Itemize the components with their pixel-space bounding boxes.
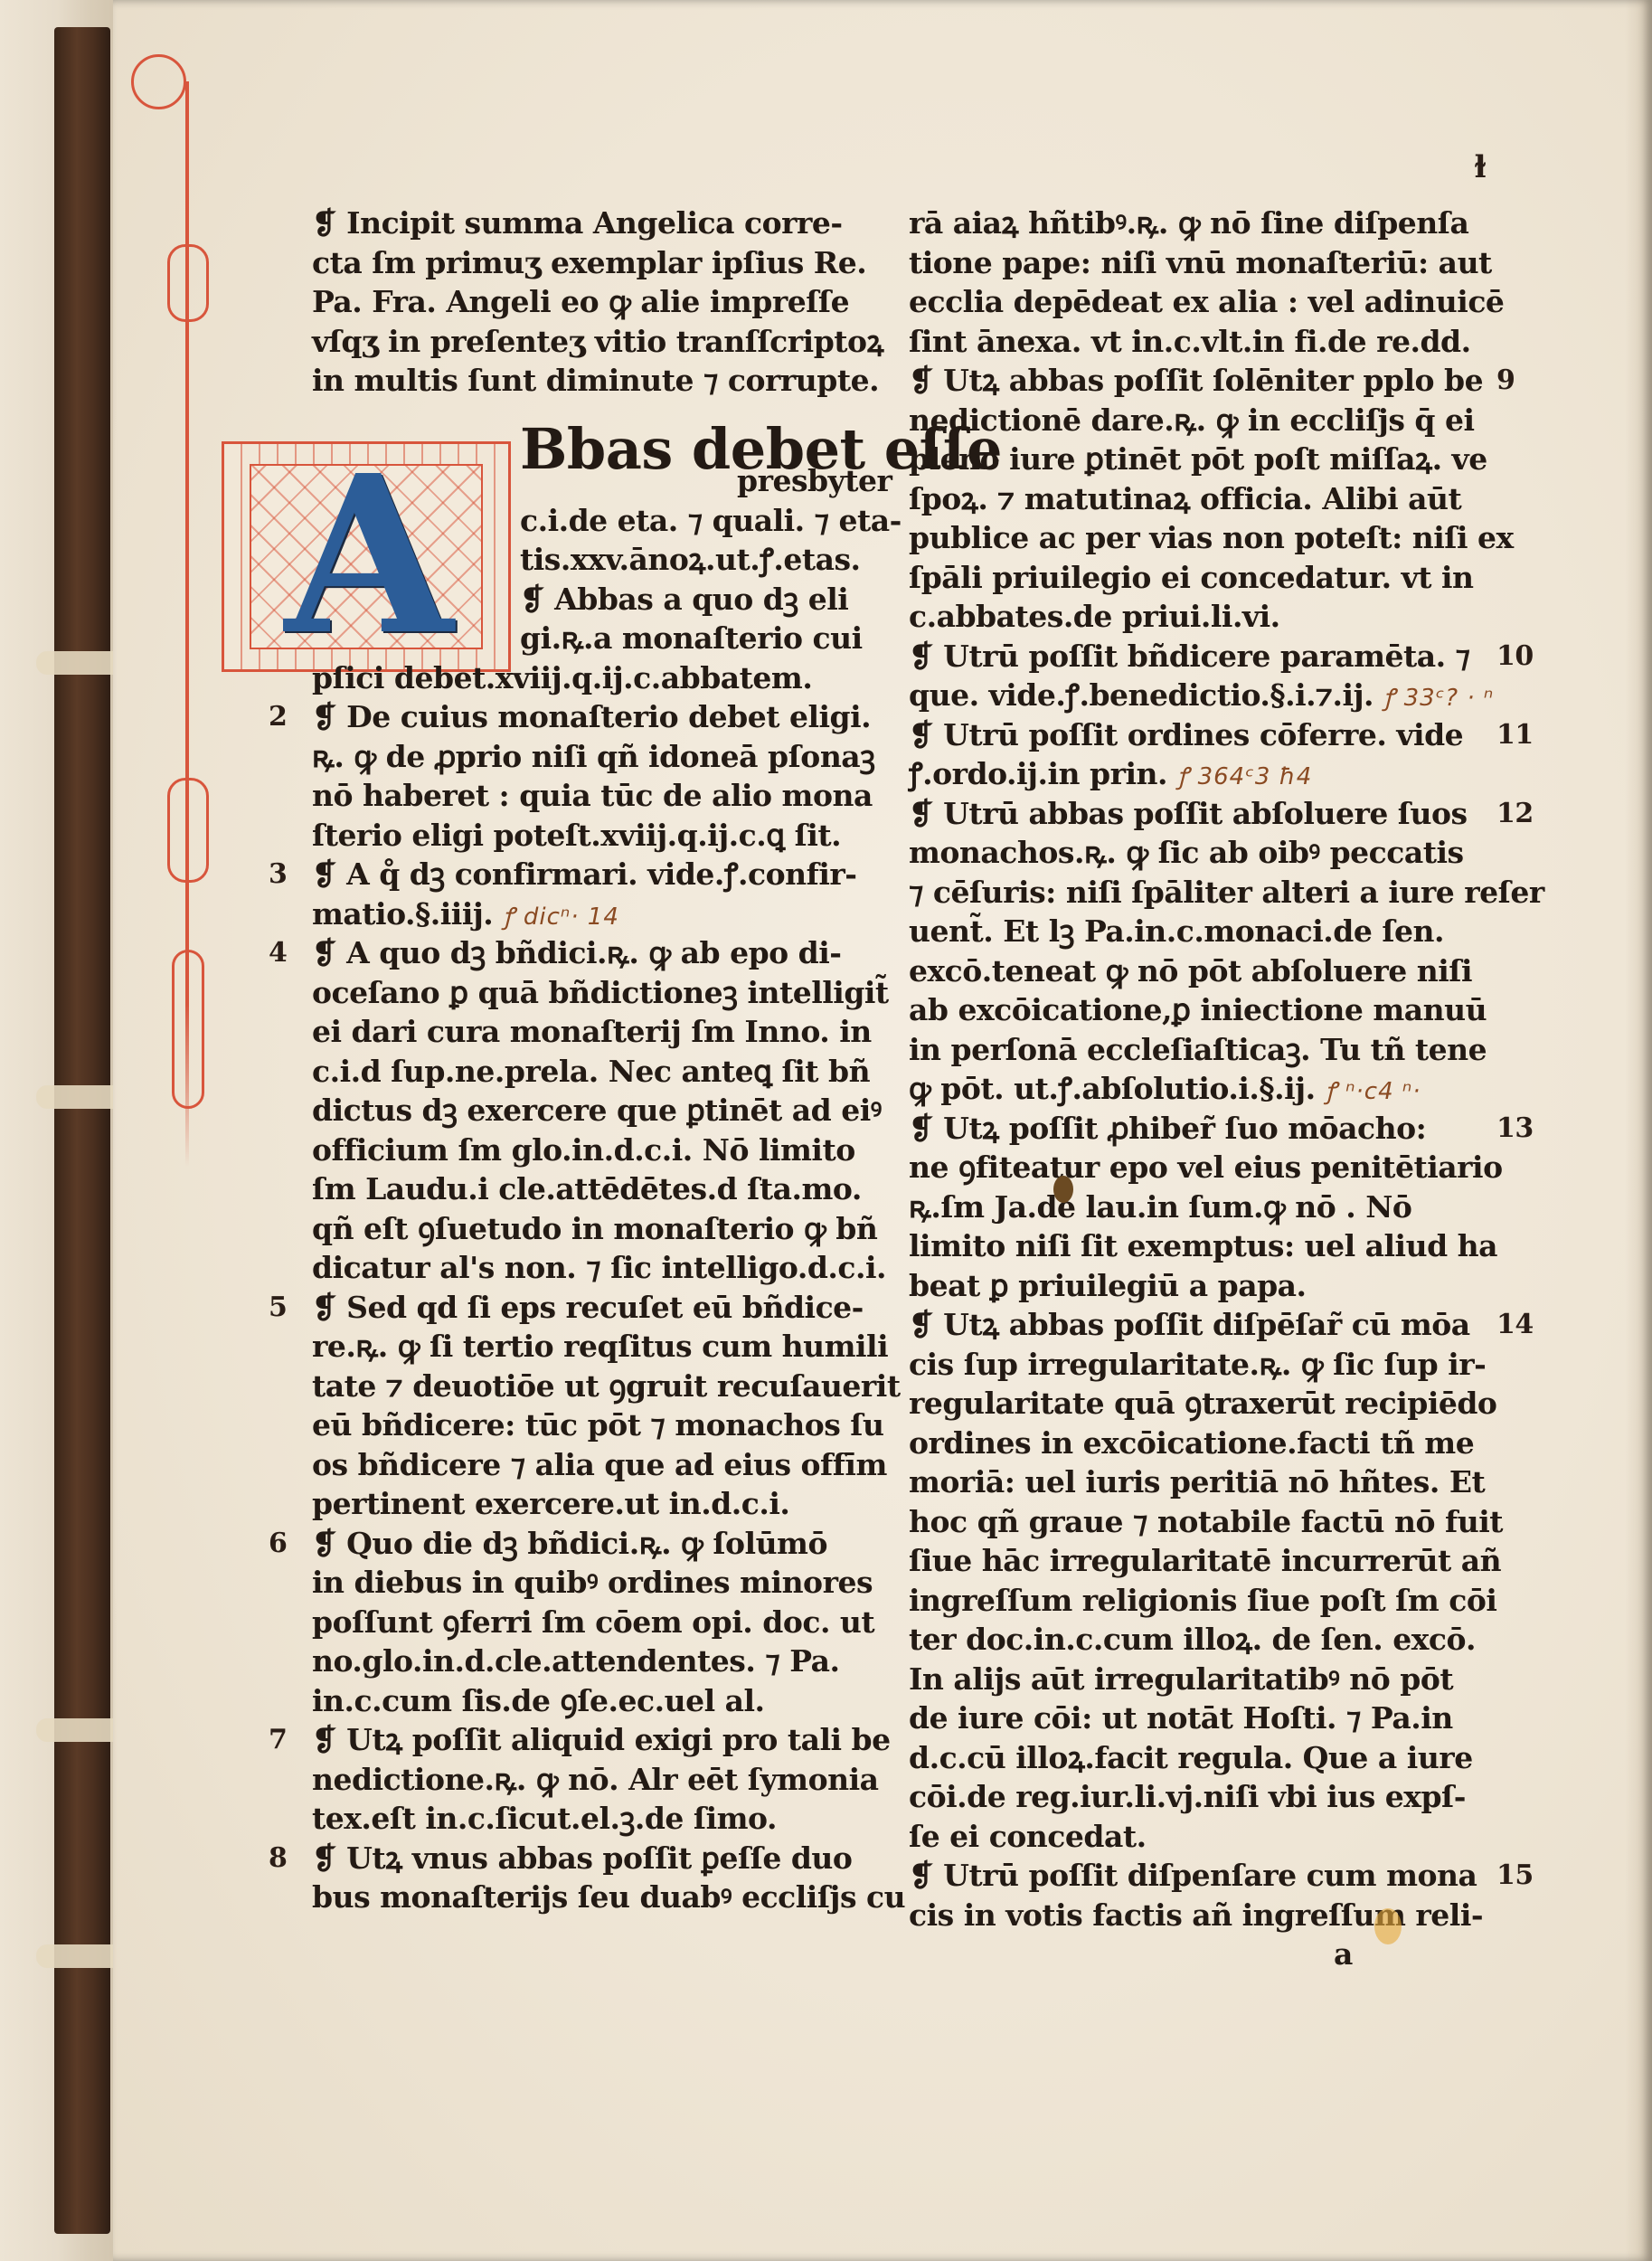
section-line: 3❡ A q̊ dꝫ confirmari. vide.ꝭ.confir- [312, 855, 891, 894]
intro-line: cta ſm primuʒ exemplar ipſius Re. [312, 243, 891, 283]
section-number: 2 [269, 697, 287, 737]
text-line: oceſano ꝑ quā bñdictioneꝫ intelligit̃ [312, 973, 891, 1013]
text-line: d.c.cū illoꝝ.facit regula. Que a iure [909, 1738, 1487, 1778]
section-line: ❡ Utrū abbas poſſit abſoluere ſuos12 [909, 794, 1487, 834]
text-line: In alijs aūt irregularitatibꝰ nō pōt [909, 1660, 1487, 1699]
intro-line: in multis ſunt diminute ⁊ corrupte. [312, 361, 891, 401]
flourish-leaf-icon [167, 244, 209, 322]
intro-line: vſqʒ in preſenteʒ vitio tranſſcriptoꝝ [312, 322, 891, 362]
text-line: moriā: uel iuris peritiā nō hñtes. Et [909, 1462, 1487, 1502]
text-line: pſici debet.xviij.q.ij.c.abbatem. [312, 658, 891, 698]
section-line: ❡ Utꝝ poſſit ꝓhiber̃ ſuo mōacho:13 [909, 1109, 1487, 1149]
text-line: ſiue hāc irregularitatē incurrerūt añ [909, 1541, 1487, 1581]
text-line: bus monaſterijs ſeu duabꝰ eccliſjs cu [312, 1878, 891, 1917]
text-line: ꝙ pōt. ut.ꝭ.abſolutio.i.§.ij. ꝭ ⁿ·c4 ⁿ· [909, 1069, 1487, 1109]
text-line: pertinent exercere.ut in.d.c.i. [312, 1484, 891, 1524]
section-line: ❡ Utꝝ abbas poſſit diſpēſar̃ cū mōa14 [909, 1305, 1487, 1345]
text-line: poſſunt ꝯferri ſm cōem opi. doc. ut [312, 1603, 891, 1642]
text-line: gi.ꝶ.a monaſterio cui [312, 619, 891, 658]
section-number: 11 [1496, 715, 1534, 755]
text-line: ter doc.in.c.cum illoꝝ. de ſen. excō. [909, 1620, 1487, 1660]
handwritten-annotation: ꝭ 33ᶜ? · ⁿ [1383, 685, 1494, 712]
section-line: 7❡ Utꝝ poſſit aliquid exigi pro tali be [312, 1720, 891, 1760]
text-line: tione pape: niſi vnū monaſteriū: aut [909, 243, 1487, 283]
text-line: in perſonā eccleſiaſticaꝫ. Tu tñ tene [909, 1030, 1487, 1070]
text-line: in diebus in quibꝰ ordines minores [312, 1563, 891, 1603]
text-line: ordines in excōicatione.facti tñ me [909, 1424, 1487, 1463]
text-line: ꝶ.ſm Ja.de lau.in ſum.ꝙ nō . Nō [909, 1187, 1487, 1227]
text-line: ſe ei concedat. [909, 1817, 1487, 1857]
text-line: monachos.ꝶ. ꝙ ſic ab oibꝰ peccatis [909, 833, 1487, 873]
section-line: 2❡ De cuius monaſterio debet eligi. [312, 697, 891, 737]
handwritten-annotation: ꝭ 364ᶜ3 ħ4 [1177, 763, 1312, 790]
text-line: pleno iure ꝑtinēt pōt poſt miſſaꝝ. ve [909, 440, 1487, 479]
text-line: uent̃. Et lꝫ Pa.in.c.monaci.de ſen. [909, 912, 1487, 951]
section-number: 6 [269, 1524, 287, 1564]
text-line: Bbas debet eſſe [312, 422, 891, 462]
text-line: ſint ānexa. vt in.c.vlt.in fi.de re.dd. [909, 322, 1487, 362]
section-number: 5 [269, 1288, 287, 1328]
page-edge [1625, 0, 1652, 2261]
ink-stain [1053, 1176, 1073, 1203]
text-line: ne ꝯfiteatur epo vel eius penitētiario [909, 1148, 1487, 1187]
text-line: os bñdicere ⁊ alia que ad eius offīm [312, 1445, 891, 1485]
text-line: ab excōicatione,ꝑ iniectione manuū [909, 990, 1487, 1030]
section-line: ❡ Utrū poſſit diſpenſare cum mona15 [909, 1856, 1487, 1896]
footer-signature: a [909, 1935, 1487, 1974]
section-number: 13 [1496, 1109, 1534, 1149]
text-line: hoc qñ graue ⁊ notabile factū nō fuit [909, 1502, 1487, 1542]
section-number: 14 [1496, 1305, 1534, 1345]
flourish-leaf-icon [167, 778, 209, 883]
text-line: no.glo.in.d.cle.attendentes. ⁊ Pa. [312, 1641, 891, 1681]
text-line: nedictione.ꝶ. ꝙ nō. Alr eēt ſymonia [312, 1760, 891, 1800]
section-number: 12 [1496, 794, 1534, 834]
section-number: 3 [269, 855, 287, 894]
intro-line: ❡ Incipit summa Angelica corre- [312, 203, 891, 243]
text-line: tex.eſt in.c.ſicut.el.ꝫ.de ſimo. [312, 1799, 891, 1839]
text-line: officium ſm glo.in.d.c.i. Nō limito [312, 1130, 891, 1170]
section-line: ❡ Utrū poſſit ordines cōferre. vide11 [909, 715, 1487, 755]
text-line: regularitate quā ꝯtraxerūt recipiēdo [909, 1384, 1487, 1424]
text-line: rā aiaꝝ hñtibꝰ.ꝶ. ꝙ nō ſine diſpenſa [909, 203, 1487, 243]
intro-line: Pa. Fra. Angeli eo ꝙ alie impreſſe [312, 282, 891, 322]
section-number: 4 [269, 933, 287, 973]
text-line: ſm Laudu.i cle.attēdētes.d ſta.mo. [312, 1169, 891, 1209]
text-line: de iure cōi: ut notāt Hoſti. ⁊ Pa.in [909, 1698, 1487, 1738]
text-line: re.ꝶ. ꝙ ſi tertio reqſitus cum humili [312, 1327, 891, 1367]
text-line: nedictionē dare.ꝶ. ꝙ in eccliſjs q̄ ei [909, 401, 1487, 440]
text-line: limito niſi ſit exemptus: uel aliud ha [909, 1226, 1487, 1266]
text-line: cis ſup irregularitate.ꝶ. ꝙ ſic ſup ir- [909, 1345, 1487, 1385]
text-line: que. vide.ꝭ.benedictio.§.i.⁊.ij. ꝭ 33ᶜ? … [909, 676, 1487, 715]
section-line: 4❡ A quo dꝫ bñdici.ꝶ. ꝙ ab epo di- [312, 933, 891, 973]
text-line: ⁊ cēſuris: niſi ſpāliter alteri a iure r… [909, 873, 1487, 913]
text-line: cōi.de reg.iur.li.vj.niſi vbi ius expſ- [909, 1777, 1487, 1817]
text-line: eū bñdicere: tūc pōt ⁊ monachos ſu [312, 1405, 891, 1445]
text-line: ſpāli priuilegio ei concedatur. vt in [909, 558, 1487, 598]
section-number: 7 [269, 1720, 287, 1760]
text-line: ❡ Abbas a quo dꝫ eli [312, 580, 891, 620]
text-line: ingreſſum religionis ſiue poſt ſm cōi [909, 1581, 1487, 1621]
text-line: c.i.de eta. ⁊ quali. ⁊ eta- [312, 501, 891, 541]
left-text-column: ❡ Incipit summa Angelica corre- cta ſm p… [312, 203, 891, 1917]
text-line: ei dari cura monaſterij ſm Inno. in [312, 1012, 891, 1052]
text-line: dictus dꝫ exercere que ꝑtinēt ad eiꝰ [312, 1091, 891, 1130]
text-line: tate ⁊ deuotiōe ut ꝯgruit recuſauerit [312, 1367, 891, 1406]
flourish-scroll-icon [131, 54, 186, 109]
text-line: ſterio eligi poteſt.xviij.q.ij.c.ꝗ ſit. [312, 816, 891, 856]
book-binding [0, 0, 127, 2261]
text-line: c.abbates.de priui.li.vi. [909, 597, 1487, 637]
section-line: 5❡ Sed qd ſi eps recuſet eū bñdice- [312, 1288, 891, 1328]
handwritten-annotation: ꝭ dicⁿ· 14 [503, 903, 619, 931]
text-line: qñ eſt ꝯſuetudo in monaſterio ꝙ bñ [312, 1209, 891, 1249]
text-line: nō haberet : quia tūc de alio mona [312, 776, 891, 816]
section-number: 9 [1496, 361, 1515, 401]
section-line: ❡ Utrū poſſit bñdicere paramēta. ⁊10 [909, 637, 1487, 676]
water-stain [1374, 1908, 1402, 1944]
section-line: 8❡ Utꝝ vnus abbas poſſit ꝑeſſe duo [312, 1839, 891, 1878]
spine-leather [54, 27, 110, 2234]
text-line: ſpoꝝ. ⁊ matutinaꝝ officia. Alibi aūt [909, 479, 1487, 519]
right-text-column: rā aiaꝝ hñtibꝰ.ꝶ. ꝙ nō ſine diſpenſa tio… [909, 203, 1487, 1974]
section-line: 6❡ Quo die dꝫ bñdici.ꝶ. ꝙ ſolūmō [312, 1524, 891, 1564]
text-line: ꝭ.ordo.ij.in prin. ꝭ 364ᶜ3 ħ4 [909, 754, 1487, 794]
signature-mark: ɫ [1474, 149, 1487, 185]
text-line: c.i.d ſup.ne.prela. Nec anteꝗ ſit bñ [312, 1052, 891, 1092]
section-number: 10 [1496, 637, 1534, 676]
text-line: ecclia depēdeat ex alia : vel adinuicē [909, 282, 1487, 322]
text-line: matio.§.iiij. ꝭ dicⁿ· 14 [312, 894, 891, 934]
text-line: excō.teneat ꝙ nō pōt abſoluere niſi [909, 951, 1487, 991]
section-number: 8 [269, 1839, 287, 1878]
text-line: in.c.cum ſis.de ꝯſe.ec.uel al. [312, 1681, 891, 1721]
text-line: beat ꝑ priuilegiū a papa. [909, 1266, 1487, 1306]
section-line: ❡ Utꝝ abbas poſſit ſolēniter pplo be9 [909, 361, 1487, 401]
section-number: 15 [1496, 1856, 1534, 1896]
text-line: ꝶ. ꝙ de ꝓprio niſi qñ idoneā pſonaꝫ [312, 737, 891, 777]
flourish-leaf-icon [172, 950, 204, 1109]
text-line: publice ac per vias non poteſt: niſi ex [909, 518, 1487, 558]
text-line: presbyter [312, 461, 891, 501]
handwritten-annotation: ꝭ ⁿ·c4 ⁿ· [1326, 1078, 1421, 1105]
text-line: dicatur al's non. ⁊ ſic intelligo.d.c.i. [312, 1248, 891, 1288]
text-line: tis.xxv.ānoꝝ.ut.ꝭ.etas. [312, 540, 891, 580]
